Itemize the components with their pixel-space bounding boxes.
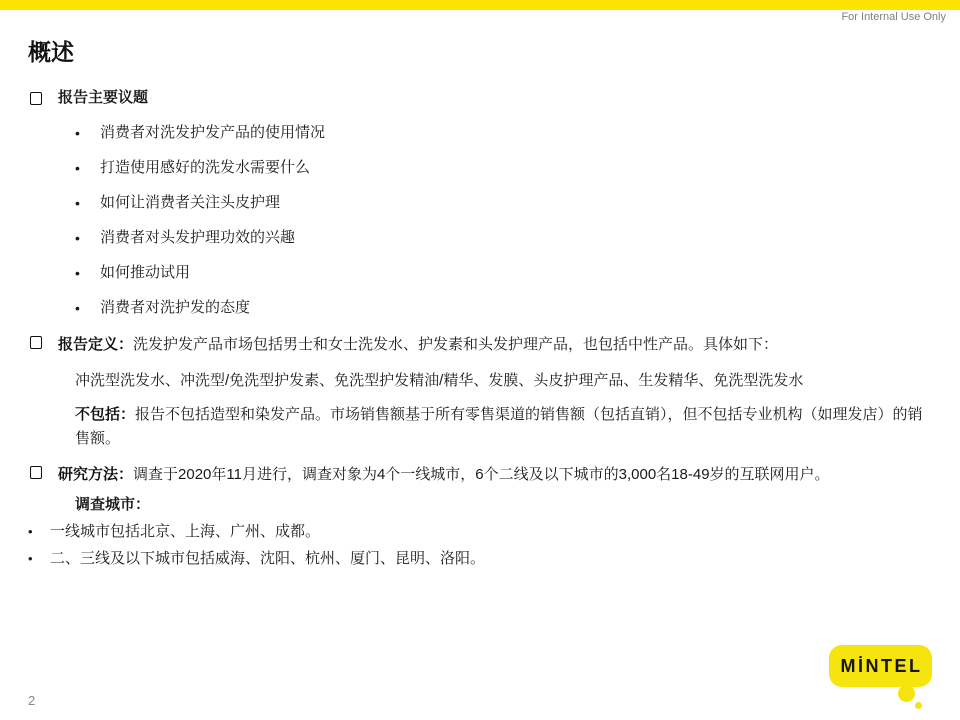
section-heading-topics: 报告主要议题 [58,89,148,107]
list-item: • 一线城市包括北京、上海、广州、成都。 [28,518,936,545]
mintel-logo: MİNTEL [829,645,932,687]
dot-bullet-icon: • [75,158,100,178]
methodology-paragraph: 研究方法：调查于2020年11月进行，调查对象为4个一线城市，6个二线及以下城市… [58,463,830,487]
exclusion-text: 报告不包括造型和染发产品。市场销售额基于所有零售渠道的销售额（包括直销），但不包… [75,406,923,447]
logo-tail-circle-icon [898,685,915,702]
dot-bullet-icon: • [75,263,100,283]
dot-bullet-icon: • [28,545,50,572]
methodology-text: 调查于2020年11月进行，调查对象为4个一线城市，6个二线及以下城市的3,00… [133,466,830,483]
dot-bullet-icon: • [75,193,100,213]
section-report-definition: 报告定义：洗发护发产品市场包括男士和女士洗发水、护发素和头发护理产品，也包括中性… [28,333,936,357]
dot-bullet-icon: • [75,298,100,318]
definition-scope-paragraph: 冲洗型洗发水、冲洗型/免洗型护发素、免洗型护发精油/精华、发膜、头皮护理产品、生… [75,369,936,393]
mintel-logo-text: MİNTEL [839,656,923,677]
city-text: 二、三线及以下城市包括威海、沈阳、杭州、厦门、昆明、洛阳。 [50,545,485,572]
list-item: • 如何推动试用 [75,263,936,283]
page-number: 2 [28,693,35,708]
definition-label: 报告定义： [58,336,133,353]
brand-top-bar [0,0,960,10]
list-item: • 消费者对头发护理功效的兴趣 [75,228,936,248]
slide: For Internal Use Only 概述 报告主要议题 • 消费者对洗发… [0,0,960,720]
list-item: • 消费者对洗护发的态度 [75,298,936,318]
topic-text: 如何让消费者关注头皮护理 [100,193,280,213]
methodology-label: 研究方法： [58,466,133,483]
definition-paragraph: 报告定义：洗发护发产品市场包括男士和女士洗发水、护发素和头发护理产品，也包括中性… [58,333,778,357]
topic-text: 消费者对头发护理功效的兴趣 [100,228,295,248]
section-report-topics: 报告主要议题 [28,89,936,107]
checkbox-bullet-icon [30,336,42,349]
dot-bullet-icon: • [75,123,100,143]
topic-text: 消费者对洗护发的态度 [100,298,250,318]
page-title: 概述 [28,34,936,67]
dot-bullet-icon: • [75,228,100,248]
checkbox-bullet-icon [30,92,42,105]
section-methodology: 研究方法：调查于2020年11月进行，调查对象为4个一线城市，6个二线及以下城市… [28,463,936,487]
city-text: 一线城市包括北京、上海、广州、成都。 [50,518,320,545]
classification-label: For Internal Use Only [841,11,946,23]
checkbox-bullet-icon [30,466,42,479]
survey-cities-label: 调查城市： [75,494,936,516]
slide-content: 概述 报告主要议题 • 消费者对洗发护发产品的使用情况 • 打造使用感好的洗发水… [28,34,936,572]
list-item: • 如何让消费者关注头皮护理 [75,193,936,213]
topic-text: 消费者对洗发护发产品的使用情况 [100,123,325,143]
logo-tail-dot-icon [915,702,922,709]
topics-list: • 消费者对洗发护发产品的使用情况 • 打造使用感好的洗发水需要什么 • 如何让… [28,123,936,318]
cities-list: • 一线城市包括北京、上海、广州、成都。 • 二、三线及以下城市包括威海、沈阳、… [28,518,936,572]
exclusion-label: 不包括： [75,406,135,423]
list-item: • 二、三线及以下城市包括威海、沈阳、杭州、厦门、昆明、洛阳。 [28,545,936,572]
topic-text: 打造使用感好的洗发水需要什么 [100,158,310,178]
definition-text: 洗发护发产品市场包括男士和女士洗发水、护发素和头发护理产品，也包括中性产品。具体… [133,336,778,353]
list-item: • 消费者对洗发护发产品的使用情况 [75,123,936,143]
topic-text: 如何推动试用 [100,263,190,283]
definition-exclusion-paragraph: 不包括：报告不包括造型和染发产品。市场销售额基于所有零售渠道的销售额（包括直销）… [75,403,936,451]
list-item: • 打造使用感好的洗发水需要什么 [75,158,936,178]
dot-bullet-icon: • [28,518,50,545]
